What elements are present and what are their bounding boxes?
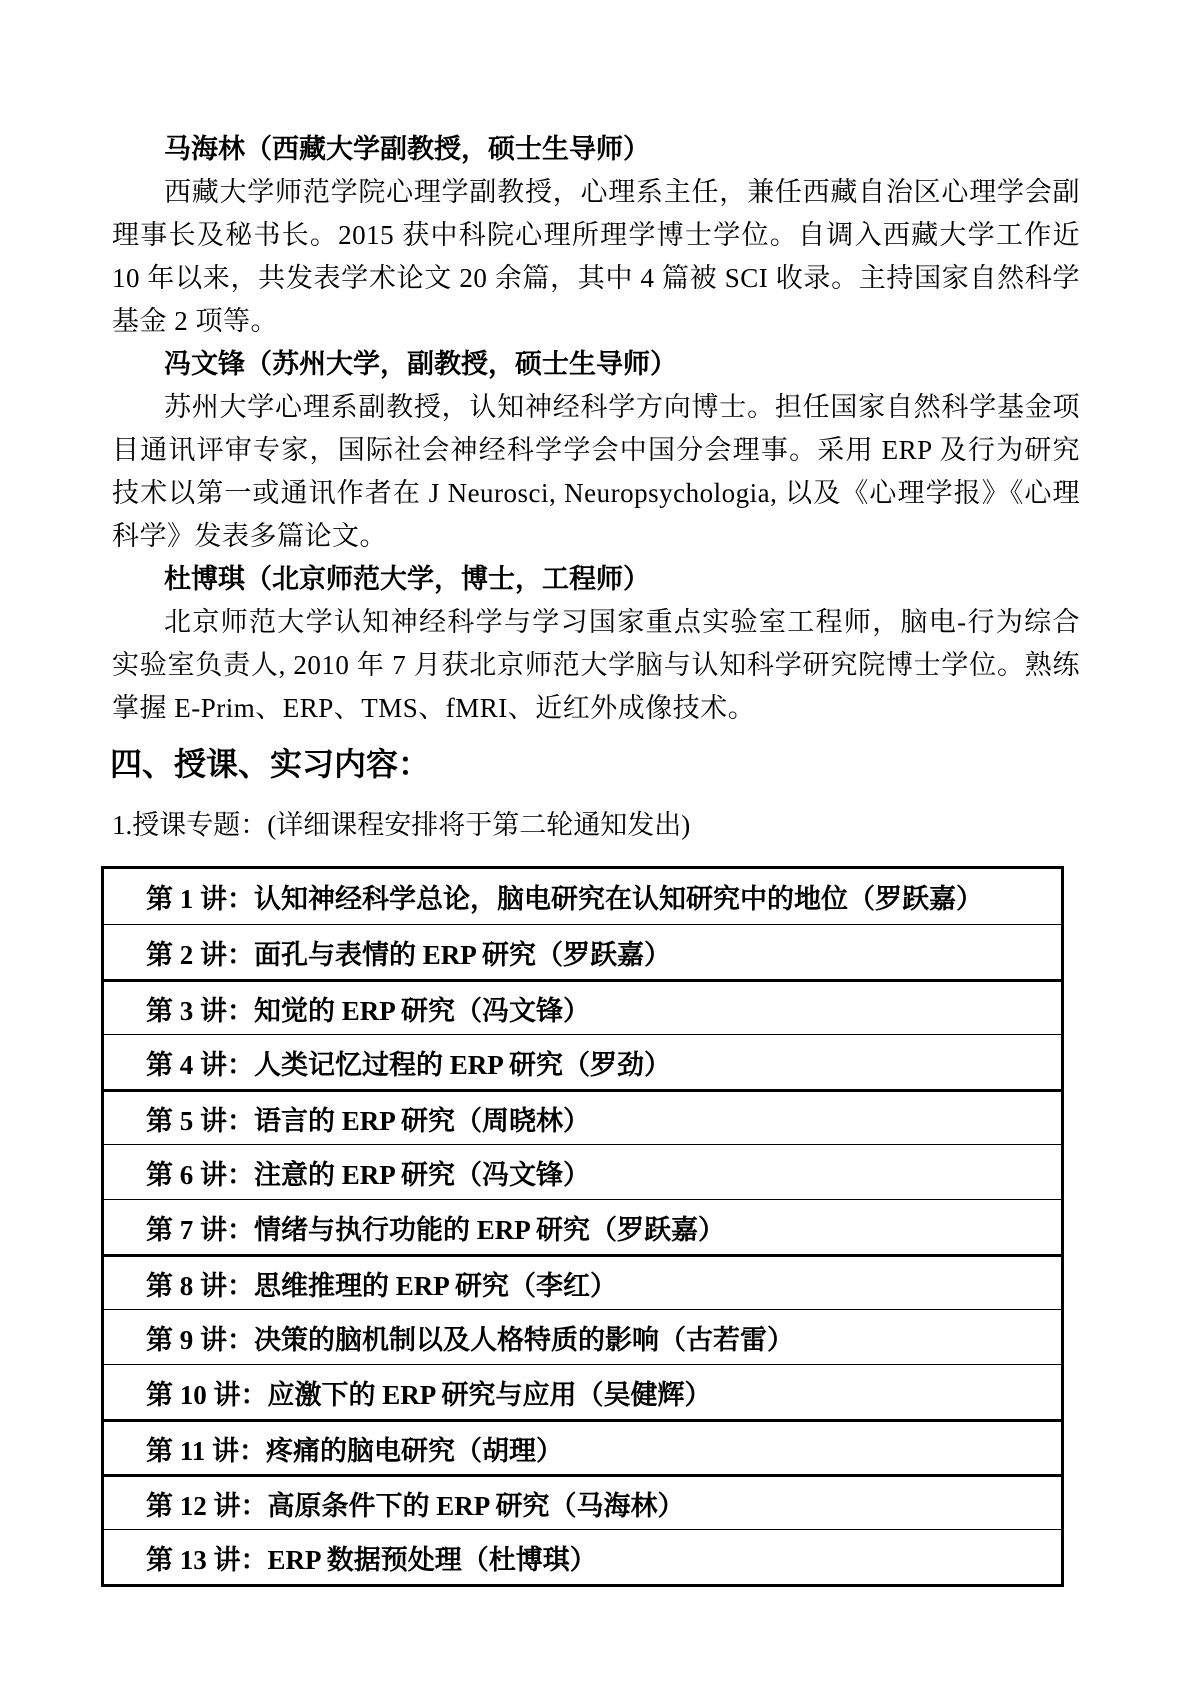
lecture-table: 第 1 讲：认知神经科学总论，脑电研究在认知研究中的地位（罗跃嘉） 第 2 讲：…	[101, 866, 1064, 1587]
table-row-lecture-5: 第 5 讲：语言的 ERP 研究（周晓林）	[104, 1089, 1061, 1144]
table-row-lecture-9: 第 9 讲：决策的脑机制以及人格特质的影响（古若雷）	[104, 1309, 1061, 1364]
table-row-lecture-2: 第 2 讲：面孔与表情的 ERP 研究（罗跃嘉）	[104, 924, 1061, 979]
table-row-lecture-10: 第 10 讲：应激下的 ERP 研究与应用（吴健辉）	[104, 1364, 1061, 1419]
table-row-lecture-6: 第 6 讲：注意的 ERP 研究（冯文锋）	[104, 1144, 1061, 1199]
instructor-name-du-boqi: 杜博琪（北京师范大学，博士，工程师）	[112, 558, 1080, 601]
table-row-lecture-7: 第 7 讲：情绪与执行功能的 ERP 研究（罗跃嘉）	[104, 1199, 1061, 1254]
table-row-lecture-1: 第 1 讲：认知神经科学总论，脑电研究在认知研究中的地位（罗跃嘉）	[104, 869, 1061, 924]
table-row-lecture-13: 第 13 讲：ERP 数据预处理（杜博琪）	[104, 1529, 1061, 1584]
page-content: 马海林（西藏大学副教授，硕士生导师） 西藏大学师范学院心理学副教授，心理系主任，…	[112, 0, 1080, 1587]
instructor-name-ma-hailin: 马海林（西藏大学副教授，硕士生导师）	[112, 128, 1080, 171]
document-page: { "page": { "instructors": [ { "name_lin…	[0, 0, 1190, 1683]
section-heading-teaching-content: 四、授课、实习内容：	[110, 742, 1080, 786]
instructor-name-feng-wenfeng: 冯文锋（苏州大学，副教授，硕士生导师）	[112, 343, 1080, 386]
table-row-lecture-4: 第 4 讲：人类记忆过程的 ERP 研究（罗劲）	[104, 1034, 1061, 1089]
subsection-label-lecture-topics: 1.授课专题：(详细课程安排将于第二轮通知发出)	[112, 804, 1080, 847]
instructor-bio-du-boqi: 北京师范大学认知神经科学与学习国家重点实验室工程师，脑电-行为综合实验室负责人,…	[112, 601, 1080, 730]
instructor-bio-feng-wenfeng: 苏州大学心理系副教授，认知神经科学方向博士。担任国家自然科学基金项目通讯评审专家…	[112, 386, 1080, 558]
table-row-lecture-11: 第 11 讲：疼痛的脑电研究（胡理）	[104, 1419, 1061, 1474]
table-row-lecture-12: 第 12 讲：高原条件下的 ERP 研究（马海林）	[104, 1474, 1061, 1529]
table-row-lecture-3: 第 3 讲：知觉的 ERP 研究（冯文锋）	[104, 979, 1061, 1034]
table-row-lecture-8: 第 8 讲：思维推理的 ERP 研究（李红）	[104, 1254, 1061, 1309]
instructor-bio-ma-hailin: 西藏大学师范学院心理学副教授，心理系主任，兼任西藏自治区心理学会副理事长及秘书长…	[112, 171, 1080, 343]
